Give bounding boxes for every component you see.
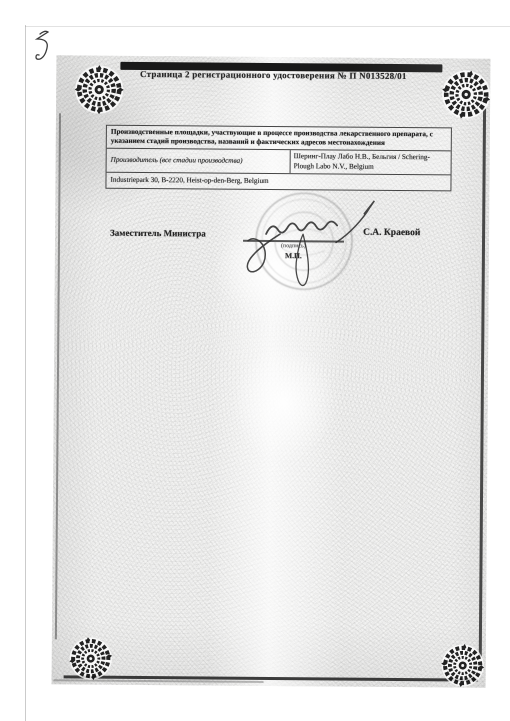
table-row: Производитель (все стадии производства) … xyxy=(107,148,451,174)
corner-rosette-bottom-right xyxy=(439,642,487,690)
producer-address-cell: Industriepark 30, B-2220, Heist-op-den-B… xyxy=(106,172,450,191)
producer-label-cell: Производитель (все стадии производства) xyxy=(107,149,291,173)
table-title: Производственные площадки, участвующие в… xyxy=(107,126,451,151)
scan-edge-left-line xyxy=(25,25,26,721)
scan-edge-top-line xyxy=(25,26,510,27)
producer-value-cell: Шеринг-Плау Лабо Н.В., Бельгия / Scherin… xyxy=(291,151,451,175)
official-title-label: Заместитель Министра xyxy=(110,228,206,239)
document-border-left xyxy=(55,113,61,639)
production-sites-table: Производственные площадки, участвующие в… xyxy=(105,125,451,192)
corner-rosette-bottom-left xyxy=(66,634,115,683)
scanned-page: Страница 2 регистрационного удостоверени… xyxy=(0,0,510,721)
document-border-right xyxy=(479,109,486,657)
signature-ink xyxy=(236,196,382,292)
certificate-document: Страница 2 регистрационного удостоверени… xyxy=(52,55,491,687)
